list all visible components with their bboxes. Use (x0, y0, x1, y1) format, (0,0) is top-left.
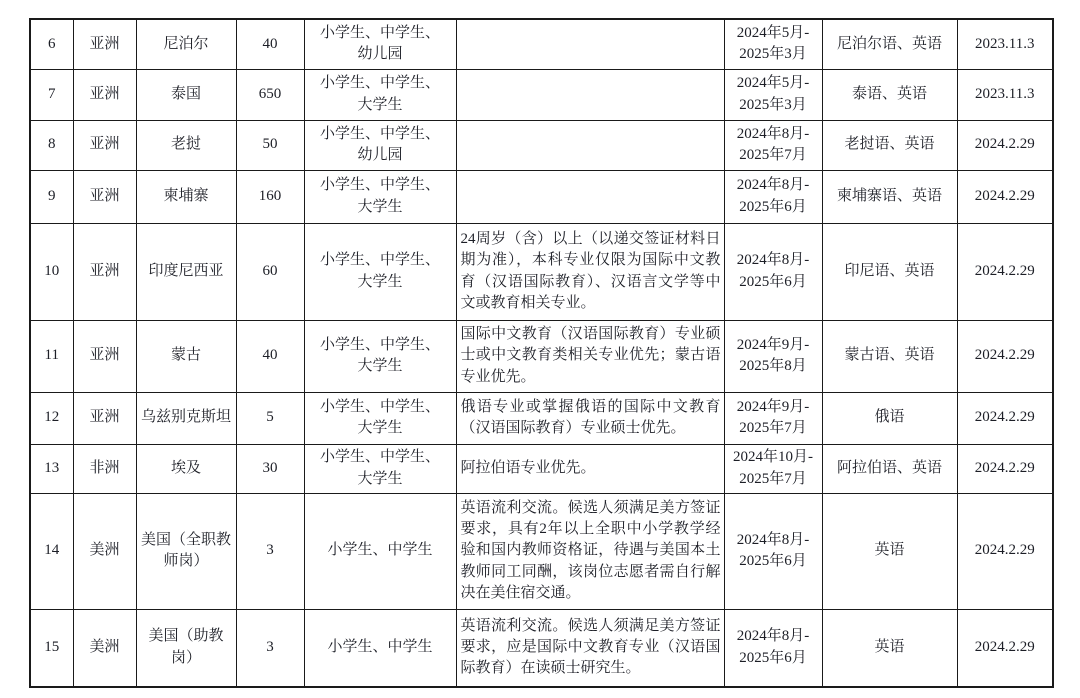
cell-publish-date: 2024.2.29 (957, 493, 1053, 609)
cell-row-number: 9 (30, 170, 73, 223)
cell-quota: 5 (236, 392, 304, 444)
cell-quota: 60 (236, 223, 304, 320)
cell-continent: 亚洲 (73, 69, 136, 120)
cell-country: 美国（助教 岗） (136, 609, 236, 687)
cell-country: 乌兹别克斯坦 (136, 392, 236, 444)
cell-country: 泰国 (136, 69, 236, 120)
cell-row-number: 6 (30, 19, 73, 69)
cell-country: 尼泊尔 (136, 19, 236, 69)
cell-student-types: 小学生、中学生 (304, 493, 456, 609)
cell-student-types: 小学生、中学生 (304, 609, 456, 687)
cell-row-number: 10 (30, 223, 73, 320)
cell-row-number: 15 (30, 609, 73, 687)
volunteer-positions-table: 6 亚洲 尼泊尔 40 小学生、中学生、 幼儿园 2024年5月- 2025年3… (29, 18, 1054, 688)
cell-requirements: 阿拉伯语专业优先。 (456, 444, 724, 493)
cell-requirements (456, 69, 724, 120)
cell-languages: 印尼语、英语 (822, 223, 957, 320)
cell-country: 埃及 (136, 444, 236, 493)
cell-requirements: 国际中文教育（汉语国际教育）专业硕士或中文教育类相关专业优先；蒙古语专业优先。 (456, 320, 724, 392)
cell-continent: 亚洲 (73, 170, 136, 223)
cell-student-types: 小学生、中学生、 大学生 (304, 223, 456, 320)
cell-service-period: 2024年8月- 2025年6月 (724, 223, 822, 320)
cell-service-period: 2024年8月- 2025年7月 (724, 120, 822, 170)
cell-service-period: 2024年8月- 2025年6月 (724, 609, 822, 687)
cell-student-types: 小学生、中学生、 大学生 (304, 392, 456, 444)
table-row: 10 亚洲 印度尼西亚 60 小学生、中学生、 大学生 24周岁（含）以上（以递… (30, 223, 1053, 320)
cell-row-number: 12 (30, 392, 73, 444)
cell-publish-date: 2024.2.29 (957, 609, 1053, 687)
cell-continent: 亚洲 (73, 19, 136, 69)
table-row: 15 美洲 美国（助教 岗） 3 小学生、中学生 英语流利交流。候选人须满足美方… (30, 609, 1053, 687)
cell-languages: 柬埔寨语、英语 (822, 170, 957, 223)
cell-publish-date: 2024.2.29 (957, 223, 1053, 320)
cell-languages: 俄语 (822, 392, 957, 444)
cell-publish-date: 2023.11.3 (957, 69, 1053, 120)
table-row: 13 非洲 埃及 30 小学生、中学生、 大学生 阿拉伯语专业优先。 2024年… (30, 444, 1053, 493)
cell-requirements (456, 170, 724, 223)
cell-service-period: 2024年5月- 2025年3月 (724, 19, 822, 69)
cell-continent: 美洲 (73, 493, 136, 609)
cell-quota: 40 (236, 320, 304, 392)
cell-publish-date: 2024.2.29 (957, 120, 1053, 170)
cell-row-number: 13 (30, 444, 73, 493)
cell-publish-date: 2024.2.29 (957, 392, 1053, 444)
table-row: 7 亚洲 泰国 650 小学生、中学生、 大学生 2024年5月- 2025年3… (30, 69, 1053, 120)
cell-languages: 尼泊尔语、英语 (822, 19, 957, 69)
cell-country: 老挝 (136, 120, 236, 170)
cell-languages: 阿拉伯语、英语 (822, 444, 957, 493)
table-row: 11 亚洲 蒙古 40 小学生、中学生、 大学生 国际中文教育（汉语国际教育）专… (30, 320, 1053, 392)
cell-continent: 亚洲 (73, 120, 136, 170)
table-body: 6 亚洲 尼泊尔 40 小学生、中学生、 幼儿园 2024年5月- 2025年3… (30, 19, 1053, 687)
cell-quota: 50 (236, 120, 304, 170)
cell-country: 印度尼西亚 (136, 223, 236, 320)
cell-publish-date: 2024.2.29 (957, 170, 1053, 223)
cell-quota: 160 (236, 170, 304, 223)
cell-languages: 老挝语、英语 (822, 120, 957, 170)
cell-country: 柬埔寨 (136, 170, 236, 223)
cell-student-types: 小学生、中学生、 幼儿园 (304, 120, 456, 170)
cell-student-types: 小学生、中学生、 大学生 (304, 69, 456, 120)
cell-service-period: 2024年9月- 2025年7月 (724, 392, 822, 444)
cell-continent: 亚洲 (73, 223, 136, 320)
table-row: 12 亚洲 乌兹别克斯坦 5 小学生、中学生、 大学生 俄语专业或掌握俄语的国际… (30, 392, 1053, 444)
cell-continent: 亚洲 (73, 392, 136, 444)
cell-student-types: 小学生、中学生、 幼儿园 (304, 19, 456, 69)
cell-languages: 英语 (822, 493, 957, 609)
table-row: 9 亚洲 柬埔寨 160 小学生、中学生、 大学生 2024年8月- 2025年… (30, 170, 1053, 223)
table-row: 6 亚洲 尼泊尔 40 小学生、中学生、 幼儿园 2024年5月- 2025年3… (30, 19, 1053, 69)
cell-service-period: 2024年8月- 2025年6月 (724, 493, 822, 609)
cell-row-number: 7 (30, 69, 73, 120)
cell-continent: 美洲 (73, 609, 136, 687)
cell-publish-date: 2023.11.3 (957, 19, 1053, 69)
cell-continent: 亚洲 (73, 320, 136, 392)
cell-service-period: 2024年5月- 2025年3月 (724, 69, 822, 120)
table-row: 8 亚洲 老挝 50 小学生、中学生、 幼儿园 2024年8月- 2025年7月… (30, 120, 1053, 170)
cell-requirements: 英语流利交流。候选人须满足美方签证要求，应是国际中文教育专业（汉语国际教育）在读… (456, 609, 724, 687)
cell-row-number: 11 (30, 320, 73, 392)
cell-requirements (456, 120, 724, 170)
cell-student-types: 小学生、中学生、 大学生 (304, 444, 456, 493)
cell-publish-date: 2024.2.29 (957, 444, 1053, 493)
cell-row-number: 14 (30, 493, 73, 609)
cell-publish-date: 2024.2.29 (957, 320, 1053, 392)
cell-requirements: 24周岁（含）以上（以递交签证材料日期为准），本科专业仅限为国际中文教育（汉语国… (456, 223, 724, 320)
cell-service-period: 2024年10月- 2025年7月 (724, 444, 822, 493)
cell-languages: 泰语、英语 (822, 69, 957, 120)
cell-country: 蒙古 (136, 320, 236, 392)
table-row: 14 美洲 美国（全职教 师岗） 3 小学生、中学生 英语流利交流。候选人须满足… (30, 493, 1053, 609)
cell-requirements: 英语流利交流。候选人须满足美方签证要求，具有2年以上全职中小学教学经验和国内教师… (456, 493, 724, 609)
cell-requirements (456, 19, 724, 69)
cell-languages: 蒙古语、英语 (822, 320, 957, 392)
cell-quota: 3 (236, 493, 304, 609)
cell-service-period: 2024年8月- 2025年6月 (724, 170, 822, 223)
cell-quota: 3 (236, 609, 304, 687)
cell-student-types: 小学生、中学生、 大学生 (304, 320, 456, 392)
cell-student-types: 小学生、中学生、 大学生 (304, 170, 456, 223)
cell-row-number: 8 (30, 120, 73, 170)
cell-continent: 非洲 (73, 444, 136, 493)
cell-quota: 40 (236, 19, 304, 69)
cell-country: 美国（全职教 师岗） (136, 493, 236, 609)
cell-requirements: 俄语专业或掌握俄语的国际中文教育（汉语国际教育）专业硕士优先。 (456, 392, 724, 444)
cell-quota: 650 (236, 69, 304, 120)
cell-service-period: 2024年9月- 2025年8月 (724, 320, 822, 392)
cell-quota: 30 (236, 444, 304, 493)
document-page: 6 亚洲 尼泊尔 40 小学生、中学生、 幼儿园 2024年5月- 2025年3… (0, 0, 1080, 698)
cell-languages: 英语 (822, 609, 957, 687)
